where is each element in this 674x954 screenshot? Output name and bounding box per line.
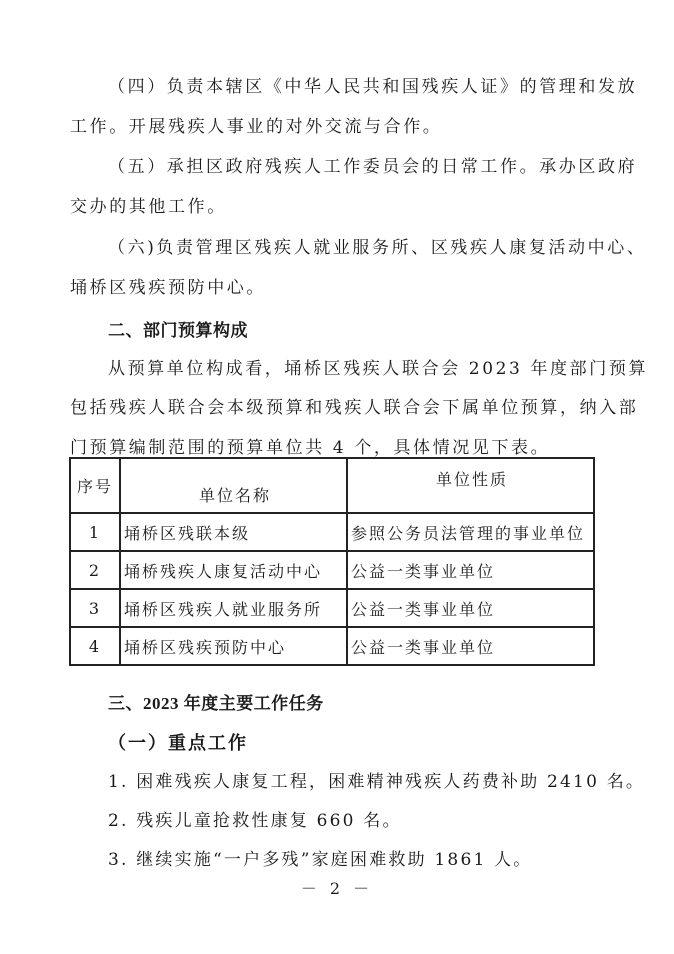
section-heading-work-tasks: 三、2023 年度主要工作任务 (108, 693, 324, 715)
budget-structure-line-3: 门预算编制范围的预算单位共 4 个，具体情况见下表。 (70, 437, 550, 459)
budget-units-table: 序号 单位名称 单位性质 1 埇桥区残联本级 参照公务员法管理的事业单位 2 埇… (69, 457, 595, 666)
cell-unit-name: 埇桥残疾人康复活动中心 (120, 551, 347, 589)
cell-index: 1 (70, 513, 120, 551)
table-header-row: 序号 单位名称 单位性质 (70, 458, 594, 513)
task-item-3: 3. 继续实施“一户多残”家庭困难救助 1861 人。 (108, 849, 532, 871)
task-item-1: 1. 困难残疾人康复工程，困难精神残疾人药费补助 2410 名。 (108, 771, 645, 793)
paragraph-duty-5-cont: 交办的其他工作。 (70, 196, 227, 218)
header-index: 序号 (70, 458, 120, 513)
cell-unit-type: 公益一类事业单位 (347, 551, 594, 589)
cell-unit-type: 参照公务员法管理的事业单位 (347, 513, 594, 551)
table-row: 2 埇桥残疾人康复活动中心 公益一类事业单位 (70, 551, 594, 589)
budget-structure-line-2: 包括残疾人联合会本级预算和残疾人联合会下属单位预算，纳入部 (70, 397, 638, 419)
cell-unit-name: 埇桥区残疾预防中心 (120, 627, 347, 665)
task-item-2: 2. 残疾儿童抢救性康复 660 名。 (108, 810, 402, 832)
section-heading-budget-structure: 二、部门预算构成 (108, 320, 248, 342)
cell-unit-name: 埇桥区残疾人就业服务所 (120, 589, 347, 627)
header-unit-type: 单位性质 (347, 458, 594, 513)
paragraph-duty-6-cont: 埇桥区残疾预防中心。 (70, 277, 266, 299)
table-row: 1 埇桥区残联本级 参照公务员法管理的事业单位 (70, 513, 594, 551)
table-row: 3 埇桥区残疾人就业服务所 公益一类事业单位 (70, 589, 594, 627)
cell-index: 3 (70, 589, 120, 627)
cell-index: 4 (70, 627, 120, 665)
paragraph-duty-6: （六)负责管理区残疾人就业服务所、区残疾人康复活动中心、 (108, 237, 646, 259)
subheading-key-work: （一）重点工作 (108, 733, 248, 755)
cell-unit-type: 公益一类事业单位 (347, 627, 594, 665)
cell-unit-name: 埇桥区残联本级 (120, 513, 347, 551)
paragraph-duty-5: （五）承担区政府残疾人工作委员会的日常工作。承办区政府 (108, 156, 637, 178)
page-number: － 2 － (0, 876, 674, 899)
budget-structure-line-1: 从预算单位构成看，埇桥区残疾人联合会 2023 年度部门预算 (108, 358, 648, 380)
header-unit-name: 单位名称 (120, 458, 347, 513)
table-row: 4 埇桥区残疾预防中心 公益一类事业单位 (70, 627, 594, 665)
paragraph-duty-4: （四）负责本辖区《中华人民共和国残疾人证》的管理和发放 (108, 76, 637, 98)
cell-index: 2 (70, 551, 120, 589)
cell-unit-type: 公益一类事业单位 (347, 589, 594, 627)
paragraph-duty-4-cont: 工作。开展残疾人事业的对外交流与合作。 (70, 116, 442, 138)
